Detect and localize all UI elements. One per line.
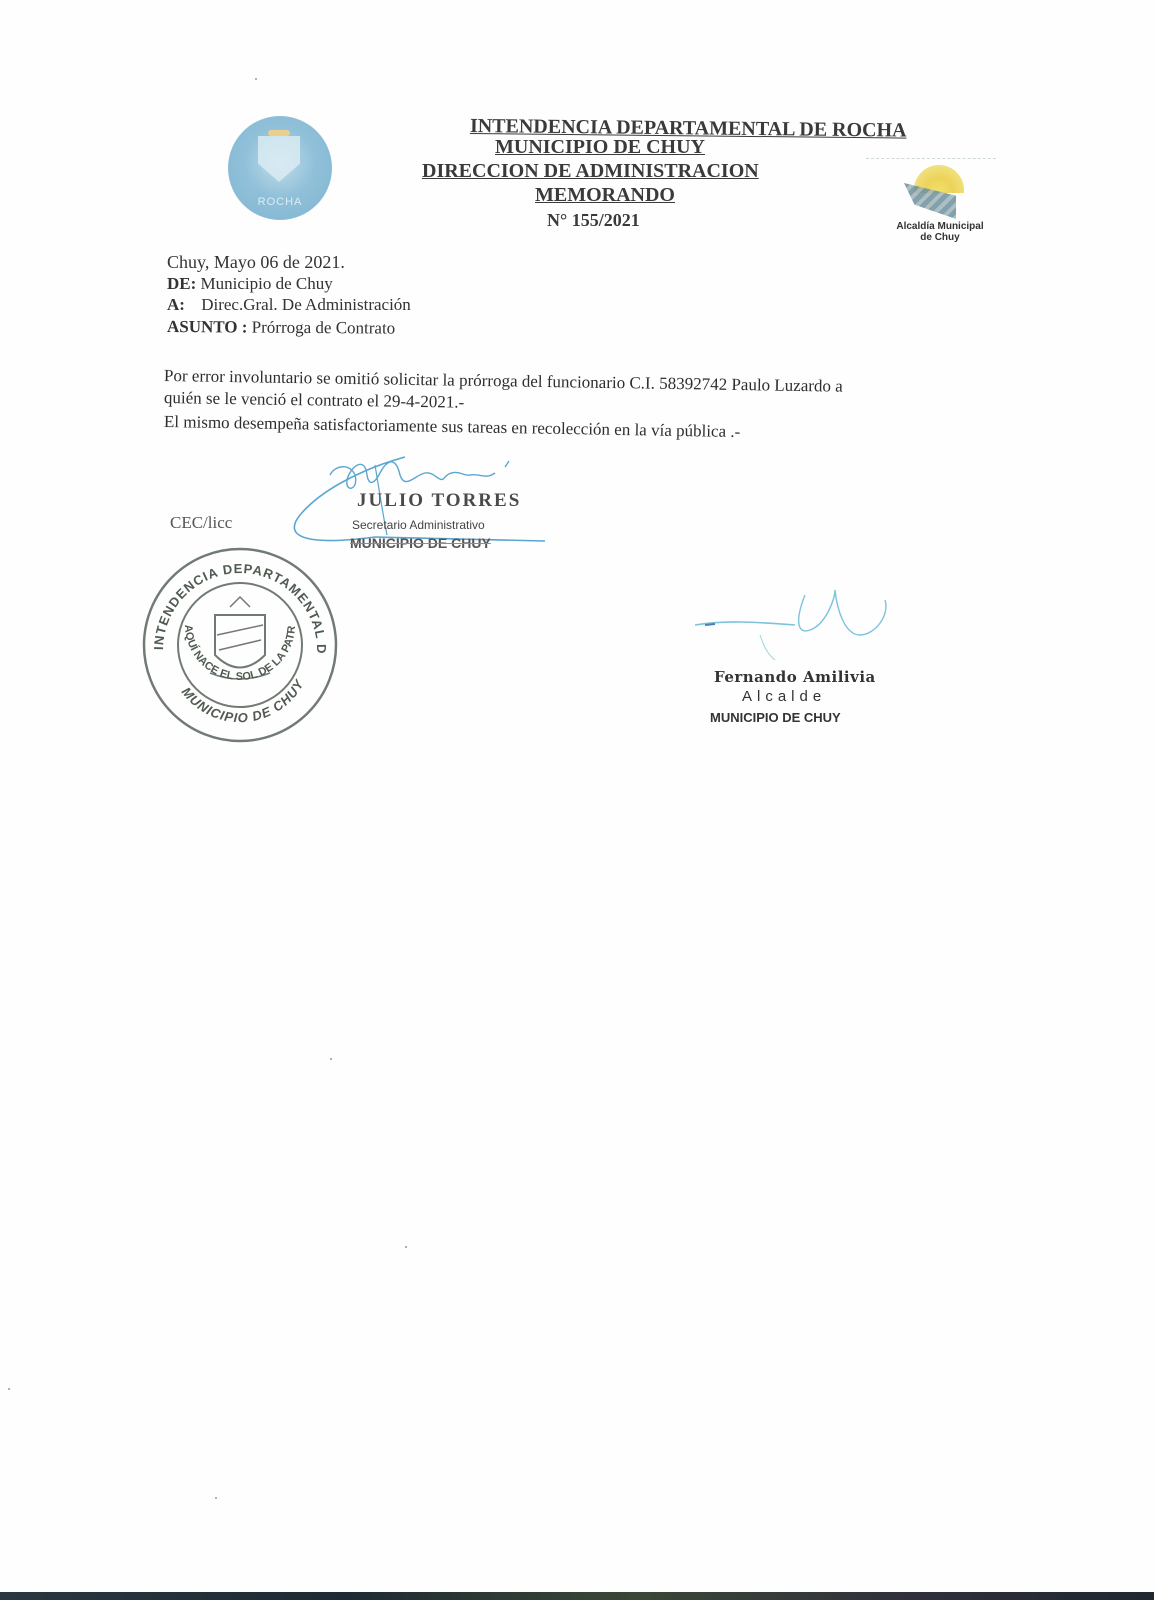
signer2-org: MUNICIPIO DE CHUY xyxy=(710,710,841,725)
crown-icon xyxy=(268,130,290,136)
memo-date: Chuy, Mayo 06 de 2021. xyxy=(167,252,345,273)
memo-number: N° 155/2021 xyxy=(547,210,640,231)
from-value: Municipio de Chuy xyxy=(201,274,333,293)
header-line-3: DIRECCION DE ADMINISTRACION xyxy=(422,160,759,183)
divider xyxy=(866,158,996,160)
signer1-name: JULIO TORRES xyxy=(357,490,521,512)
scan-edge xyxy=(0,1592,1154,1600)
alcaldia-logo-caption: Alcaldía Municipal de Chuy xyxy=(880,221,1000,243)
body-line-3: El mismo desempeña satisfactoriamente su… xyxy=(164,412,741,442)
signer2-name: Fernando Amilivia xyxy=(714,668,876,686)
to-label: A: xyxy=(167,295,185,314)
rocha-logo: ROCHA xyxy=(228,116,332,220)
memo-subject: ASUNTO : Prórroga de Contrato xyxy=(167,317,395,339)
municipal-seal: INTENDENCIA DEPARTAMENTAL DE ROCHA MUNIC… xyxy=(135,545,345,745)
from-label: DE: xyxy=(167,274,196,293)
signer1-org: MUNICIPIO DE CHUY xyxy=(350,535,491,551)
subject-label: ASUNTO : xyxy=(167,317,248,337)
alcaldia-caption-line-1: Alcaldía Municipal xyxy=(896,221,983,232)
scan-speck xyxy=(215,1497,217,1499)
scan-speck xyxy=(405,1246,407,1248)
alcaldia-caption-line-2: de Chuy xyxy=(920,232,959,243)
seal-text-top: INTENDENCIA DEPARTAMENTAL DE ROCHA xyxy=(135,545,329,655)
header-line-2: MUNICIPIO DE CHUY xyxy=(495,136,705,159)
memo-from: DE: Municipio de Chuy xyxy=(167,274,333,294)
signature-fernando-amilivia xyxy=(685,580,925,670)
memo-title: MEMORANDO xyxy=(535,184,675,207)
initials: CEC/licc xyxy=(170,513,232,533)
alcaldia-chuy-logo: Alcaldía Municipal de Chuy xyxy=(880,165,1000,255)
scan-speck xyxy=(330,1058,332,1060)
body-line-2: quién se le venció el contrato el 29-4-2… xyxy=(164,388,465,413)
to-value: Direc.Gral. De Administración xyxy=(201,295,411,314)
signer1-title: Secretario Administrativo xyxy=(352,518,485,532)
signer2-title: Alcalde xyxy=(742,688,826,705)
svg-text:INTENDENCIA DEPARTAMENTAL DE R: INTENDENCIA DEPARTAMENTAL DE ROCHA xyxy=(135,545,329,655)
subject-value: Prórroga de Contrato xyxy=(252,318,396,338)
memo-to: A: Direc.Gral. De Administración xyxy=(167,295,411,315)
shield-icon xyxy=(258,136,300,182)
scan-speck xyxy=(8,1388,10,1390)
scan-speck xyxy=(255,78,257,80)
rocha-logo-label: ROCHA xyxy=(228,196,332,208)
